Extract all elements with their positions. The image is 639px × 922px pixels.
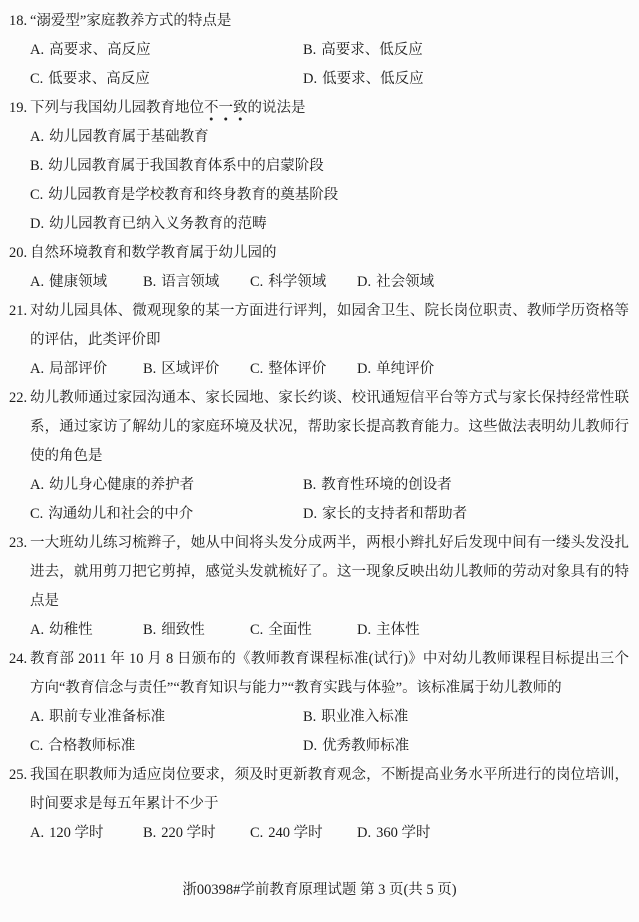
option-label: C. bbox=[250, 361, 268, 377]
question-text-segment: 下列与我国幼儿园教育地位 bbox=[30, 100, 204, 116]
question-option: B.语言领域 bbox=[143, 268, 250, 297]
option-text: 全面性 bbox=[268, 622, 312, 638]
options-row: A.健康领域 B.语言领域 C.科学领域 D.社会领域 bbox=[30, 268, 629, 297]
option-label: D. bbox=[357, 274, 376, 290]
option-label: D. bbox=[357, 825, 376, 841]
question-number: 18. bbox=[9, 7, 27, 36]
option-text: 低要求、高反应 bbox=[48, 71, 150, 87]
question-19: 19. 下列与我国幼儿园教育地位不一致的说法是 A.幼儿园教育属于基础教育 B.… bbox=[30, 94, 629, 239]
option-label: D. bbox=[303, 71, 322, 87]
option-label: B. bbox=[303, 42, 321, 58]
option-label: A. bbox=[30, 622, 49, 638]
option-label: C. bbox=[30, 506, 48, 522]
option-label: D. bbox=[357, 622, 376, 638]
option-label: C. bbox=[30, 738, 48, 754]
question-text: 幼儿教师通过家园沟通本、家长园地、家长约谈、校讯通短信平台等方式与家长保持经常性… bbox=[30, 384, 629, 471]
option-text: 主体性 bbox=[376, 622, 420, 638]
option-text: 社会领域 bbox=[376, 274, 434, 290]
options-row: A.120 学时 B.220 学时 C.240 学时 D.360 学时 bbox=[30, 819, 629, 848]
options-row: A.职前专业准备标准 B.职业准入标准 C.合格教师标准 D.优秀教师标准 bbox=[30, 703, 629, 761]
options-row: A.局部评价 B.区域评价 C.整体评价 D.单纯评价 bbox=[30, 355, 629, 384]
option-label: A. bbox=[30, 709, 49, 725]
question-option: A.幼稚性 bbox=[30, 616, 143, 645]
options-row: A.幼儿身心健康的养护者 B.教育性环境的创设者 C.沟通幼儿和社会的中介 D.… bbox=[30, 471, 629, 529]
question-option: A.职前专业准备标准 bbox=[30, 703, 303, 732]
question-text-segment: 的说法是 bbox=[248, 100, 306, 116]
option-text: 240 学时 bbox=[268, 825, 322, 841]
option-text: 幼儿园教育属于我国教育体系中的启蒙阶段 bbox=[48, 158, 324, 174]
option-text: 低要求、低反应 bbox=[322, 71, 424, 87]
option-label: B. bbox=[303, 477, 321, 493]
question-option: D.主体性 bbox=[357, 616, 629, 645]
question-22: 22. 幼儿教师通过家园沟通本、家长园地、家长约谈、校讯通短信平台等方式与家长保… bbox=[30, 384, 629, 529]
question-option: B.细致性 bbox=[143, 616, 250, 645]
question-number: 21. bbox=[9, 297, 27, 326]
question-number: 23. bbox=[9, 529, 27, 558]
question-option: C.全面性 bbox=[250, 616, 357, 645]
question-25: 25. 我国在职教师为适应岗位要求，须及时更新教育观念，不断提高业务水平所进行的… bbox=[30, 761, 629, 848]
question-21: 21. 对幼儿园具体、微观现象的某一方面进行评判，如园舍卫生、院长岗位职责、教师… bbox=[30, 297, 629, 384]
option-text: 沟通幼儿和社会的中介 bbox=[48, 506, 193, 522]
question-option: D.360 学时 bbox=[357, 819, 629, 848]
question-text: 对幼儿园具体、微观现象的某一方面进行评判，如园舍卫生、院长岗位职责、教师学历资格… bbox=[30, 297, 629, 355]
option-text: 家长的支持者和帮助者 bbox=[322, 506, 467, 522]
question-text: 教育部 2011 年 10 月 8 日颁布的《教师教育课程标准(试行)》中对幼儿… bbox=[30, 645, 629, 703]
question-option: A.120 学时 bbox=[30, 819, 143, 848]
option-label: A. bbox=[30, 129, 49, 145]
question-number: 25. bbox=[9, 761, 27, 790]
option-label: A. bbox=[30, 274, 49, 290]
question-option: C.科学领域 bbox=[250, 268, 357, 297]
question-option: C.合格教师标准 bbox=[30, 732, 303, 761]
option-text: 220 学时 bbox=[161, 825, 215, 841]
option-text: 单纯评价 bbox=[376, 361, 434, 377]
question-option: B.职业准入标准 bbox=[303, 703, 629, 732]
option-label: A. bbox=[30, 42, 49, 58]
question-option: B.高要求、低反应 bbox=[303, 36, 629, 65]
option-text: 优秀教师标准 bbox=[322, 738, 409, 754]
exam-page: 18. “溺爱型”家庭教养方式的特点是 A.高要求、高反应 B.高要求、低反应 … bbox=[0, 0, 639, 905]
question-text: 我国在职教师为适应岗位要求，须及时更新教育观念，不断提高业务水平所进行的岗位培训… bbox=[30, 761, 629, 819]
option-label: B. bbox=[143, 274, 161, 290]
question-23: 23. 一大班幼儿练习梳辫子，她从中间将头发分成两半，两根小辫扎好后发现中间有一… bbox=[30, 529, 629, 645]
options-row: A.幼儿园教育属于基础教育 B.幼儿园教育属于我国教育体系中的启蒙阶段 C.幼儿… bbox=[30, 123, 629, 239]
option-label: D. bbox=[30, 216, 49, 232]
question-option: B.区域评价 bbox=[143, 355, 250, 384]
option-text: 360 学时 bbox=[376, 825, 430, 841]
option-text: 语言领域 bbox=[161, 274, 219, 290]
question-text: 一大班幼儿练习梳辫子，她从中间将头发分成两半，两根小辫扎好后发现中间有一缕头发没… bbox=[30, 529, 629, 616]
question-option: C.沟通幼儿和社会的中介 bbox=[30, 500, 303, 529]
question-option: A.健康领域 bbox=[30, 268, 143, 297]
option-label: C. bbox=[30, 71, 48, 87]
options-row: A.高要求、高反应 B.高要求、低反应 C.低要求、高反应 D.低要求、低反应 bbox=[30, 36, 629, 94]
option-text: 幼儿园教育是学校教育和终身教育的奠基阶段 bbox=[48, 187, 338, 203]
option-text: 职业准入标准 bbox=[321, 709, 408, 725]
option-label: B. bbox=[143, 361, 161, 377]
option-text: 细致性 bbox=[161, 622, 205, 638]
question-18: 18. “溺爱型”家庭教养方式的特点是 A.高要求、高反应 B.高要求、低反应 … bbox=[30, 7, 629, 94]
question-24: 24. 教育部 2011 年 10 月 8 日颁布的《教师教育课程标准(试行)》… bbox=[30, 645, 629, 761]
option-text: 高要求、低反应 bbox=[321, 42, 423, 58]
question-option: C.240 学时 bbox=[250, 819, 357, 848]
option-text: 健康领域 bbox=[49, 274, 107, 290]
option-label: A. bbox=[30, 825, 49, 841]
option-label: C. bbox=[250, 274, 268, 290]
option-label: B. bbox=[143, 825, 161, 841]
option-text: 幼稚性 bbox=[49, 622, 93, 638]
option-text: 幼儿园教育已纳入义务教育的范畴 bbox=[49, 216, 267, 232]
option-text: 教育性环境的创设者 bbox=[321, 477, 452, 493]
question-option: D.社会领域 bbox=[357, 268, 629, 297]
option-text: 整体评价 bbox=[268, 361, 326, 377]
question-text: “溺爱型”家庭教养方式的特点是 bbox=[30, 7, 629, 36]
option-text: 幼儿园教育属于基础教育 bbox=[49, 129, 209, 145]
question-option: A.幼儿身心健康的养护者 bbox=[30, 471, 303, 500]
option-label: C. bbox=[250, 825, 268, 841]
option-text: 职前专业准备标准 bbox=[49, 709, 165, 725]
option-text: 合格教师标准 bbox=[48, 738, 135, 754]
question-option: D.优秀教师标准 bbox=[303, 732, 629, 761]
question-number: 20. bbox=[9, 239, 27, 268]
question-option: B.220 学时 bbox=[143, 819, 250, 848]
question-option: A.高要求、高反应 bbox=[30, 36, 303, 65]
option-label: D. bbox=[303, 506, 322, 522]
question-option: C.整体评价 bbox=[250, 355, 357, 384]
question-option: D.低要求、低反应 bbox=[303, 65, 629, 94]
question-option: D.家长的支持者和帮助者 bbox=[303, 500, 629, 529]
option-label: C. bbox=[250, 622, 268, 638]
question-text: 下列与我国幼儿园教育地位不一致的说法是 bbox=[30, 94, 629, 123]
question-20: 20. 自然环境教育和数学教育属于幼儿园的 A.健康领域 B.语言领域 C.科学… bbox=[30, 239, 629, 297]
option-text: 高要求、高反应 bbox=[49, 42, 151, 58]
option-label: C. bbox=[30, 187, 48, 203]
question-option: A.幼儿园教育属于基础教育 bbox=[30, 123, 629, 152]
question-option: B.教育性环境的创设者 bbox=[303, 471, 629, 500]
question-number: 19. bbox=[9, 94, 27, 123]
option-text: 科学领域 bbox=[268, 274, 326, 290]
option-text: 区域评价 bbox=[161, 361, 219, 377]
question-number: 22. bbox=[9, 384, 27, 413]
question-option: C.幼儿园教育是学校教育和终身教育的奠基阶段 bbox=[30, 181, 629, 210]
question-option: C.低要求、高反应 bbox=[30, 65, 303, 94]
option-label: B. bbox=[30, 158, 48, 174]
question-option: A.局部评价 bbox=[30, 355, 143, 384]
option-label: A. bbox=[30, 361, 49, 377]
question-number: 24. bbox=[9, 645, 27, 674]
options-row: A.幼稚性 B.细致性 C.全面性 D.主体性 bbox=[30, 616, 629, 645]
question-option: D.幼儿园教育已纳入义务教育的范畴 bbox=[30, 210, 629, 239]
question-text: 自然环境教育和数学教育属于幼儿园的 bbox=[30, 239, 629, 268]
option-label: B. bbox=[143, 622, 161, 638]
question-option: D.单纯评价 bbox=[357, 355, 629, 384]
option-label: D. bbox=[357, 361, 376, 377]
option-label: B. bbox=[303, 709, 321, 725]
option-label: D. bbox=[303, 738, 322, 754]
option-label: A. bbox=[30, 477, 49, 493]
option-text: 幼儿身心健康的养护者 bbox=[49, 477, 194, 493]
question-text-emphasized: 不一致 bbox=[204, 100, 248, 121]
page-footer: 浙00398#学前教育原理试题 第 3 页(共 5 页) bbox=[0, 876, 639, 905]
option-text: 局部评价 bbox=[49, 361, 107, 377]
question-option: B.幼儿园教育属于我国教育体系中的启蒙阶段 bbox=[30, 152, 629, 181]
option-text: 120 学时 bbox=[49, 825, 103, 841]
